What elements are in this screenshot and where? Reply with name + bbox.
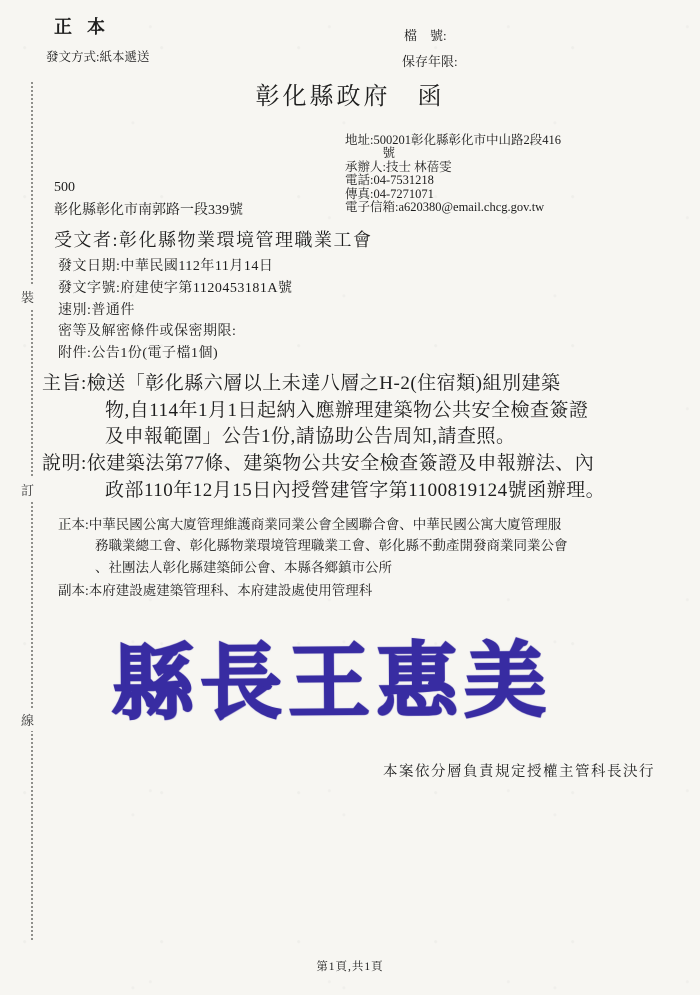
subject-block: 主旨:檢送「彰化縣六層以上未達八層之H-2(住宿類)組別建築物,自114年1月1…: [42, 371, 700, 451]
county-magistrate-signature-stamp: 縣長王惠美: [112, 626, 583, 739]
recipient-line: 受文者:彰化縣物業環境管理職業工會: [54, 226, 373, 252]
file-number-label: 檔 號:: [404, 25, 447, 44]
cc-recipients-line: 副本:本府建設處建築管理科、本府建設處使用管理科: [58, 579, 372, 599]
retention-period-label: 保存年限:: [402, 51, 458, 70]
delivery-method-label: 發文方式:紙本遞送: [46, 47, 149, 65]
page-number-footer: 第1頁,共1頁: [0, 958, 700, 974]
description-block: 說明:依建築法第77條、建築物公共安全檢查簽證及申報辦法、內政部110年12月1…: [42, 451, 700, 504]
recipient-address: 彰化縣彰化市南郭路一段339號: [54, 199, 243, 219]
scanned-official-letter: 正本 發文方式:紙本遞送 檔 號: 保存年限: 彰化縣政府 函 地址:50020…: [0, 0, 700, 995]
document-title: 彰化縣政府 函: [0, 76, 700, 111]
recipient-postal-code: 500: [54, 180, 75, 196]
authorization-note: 本案依分層負責規定授權主管科長決行: [383, 760, 655, 781]
sender-contact-block: 地址:500201彰化縣彰化市中山路2段416 號承辦人:技士 林蓓雯電話:04…: [345, 134, 561, 214]
copy-type-label: 正本: [54, 13, 120, 39]
binding-margin-char-xian: 線: [21, 708, 34, 731]
original-recipients-block: 正本:中華民國公寓大廈管理維護商業同業公會全國聯合會、中華民國公寓大廈管理服務職…: [58, 514, 695, 578]
binding-margin-char-ding: 訂: [21, 478, 34, 501]
binding-margin-char-zhuang: 裝: [21, 285, 34, 308]
binding-dotted-line: [31, 82, 33, 940]
document-meta-block: 發文日期:中華民國112年11月14日發文字號:府建使字第1120453181A…: [58, 256, 292, 365]
